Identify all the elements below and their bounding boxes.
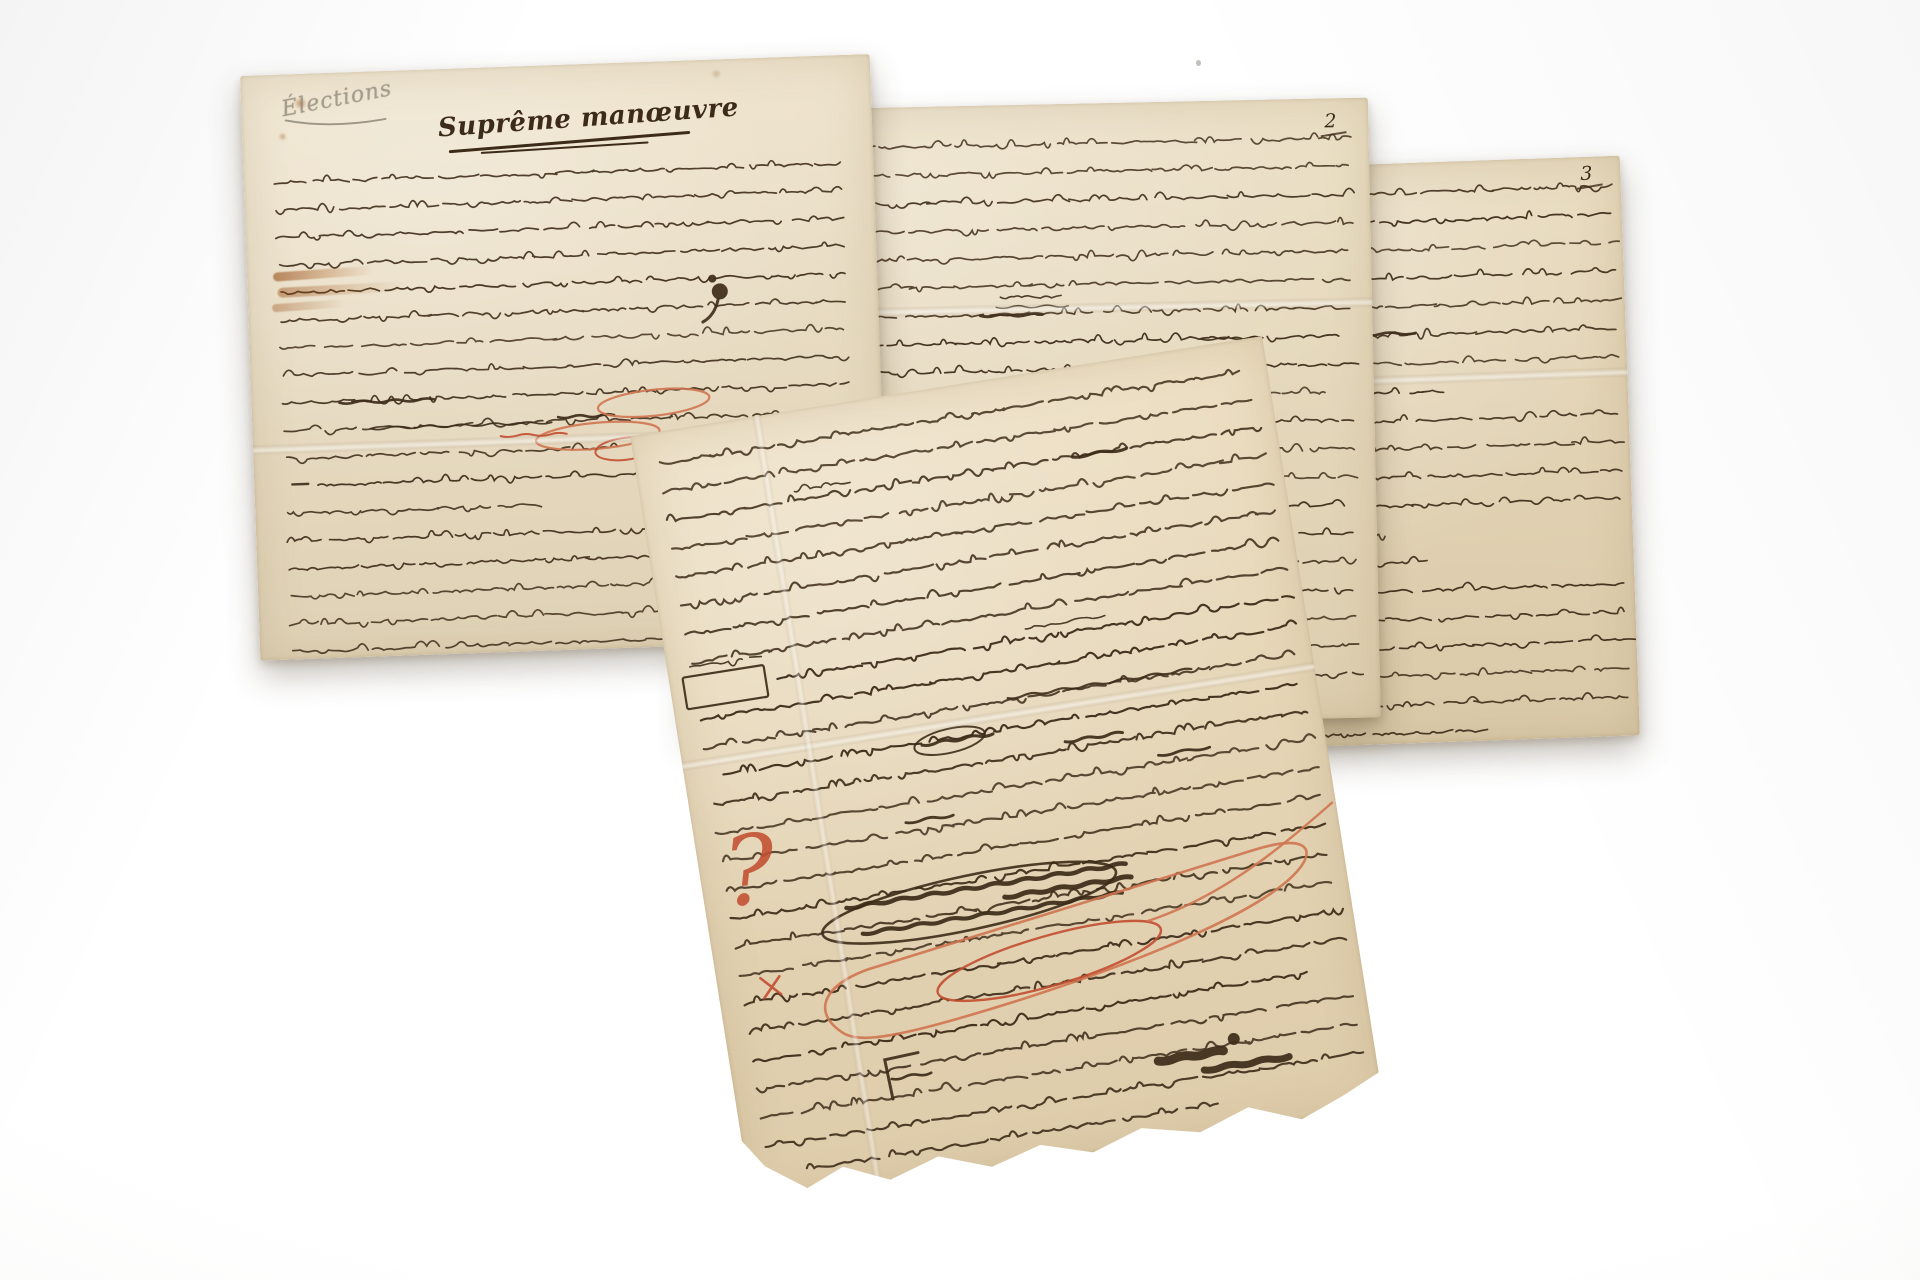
page2-number: 2 (1324, 110, 1337, 132)
manuscript-photo: 3 2 Élections Suprême manœuvre ? (0, 0, 1920, 1280)
small-speck (1196, 60, 1201, 66)
red-question-mark: ? (719, 821, 779, 921)
page3-number: 3 (1580, 163, 1593, 185)
page4-handwriting (630, 336, 1384, 1207)
manuscript-page-4-front: ? (630, 336, 1384, 1207)
